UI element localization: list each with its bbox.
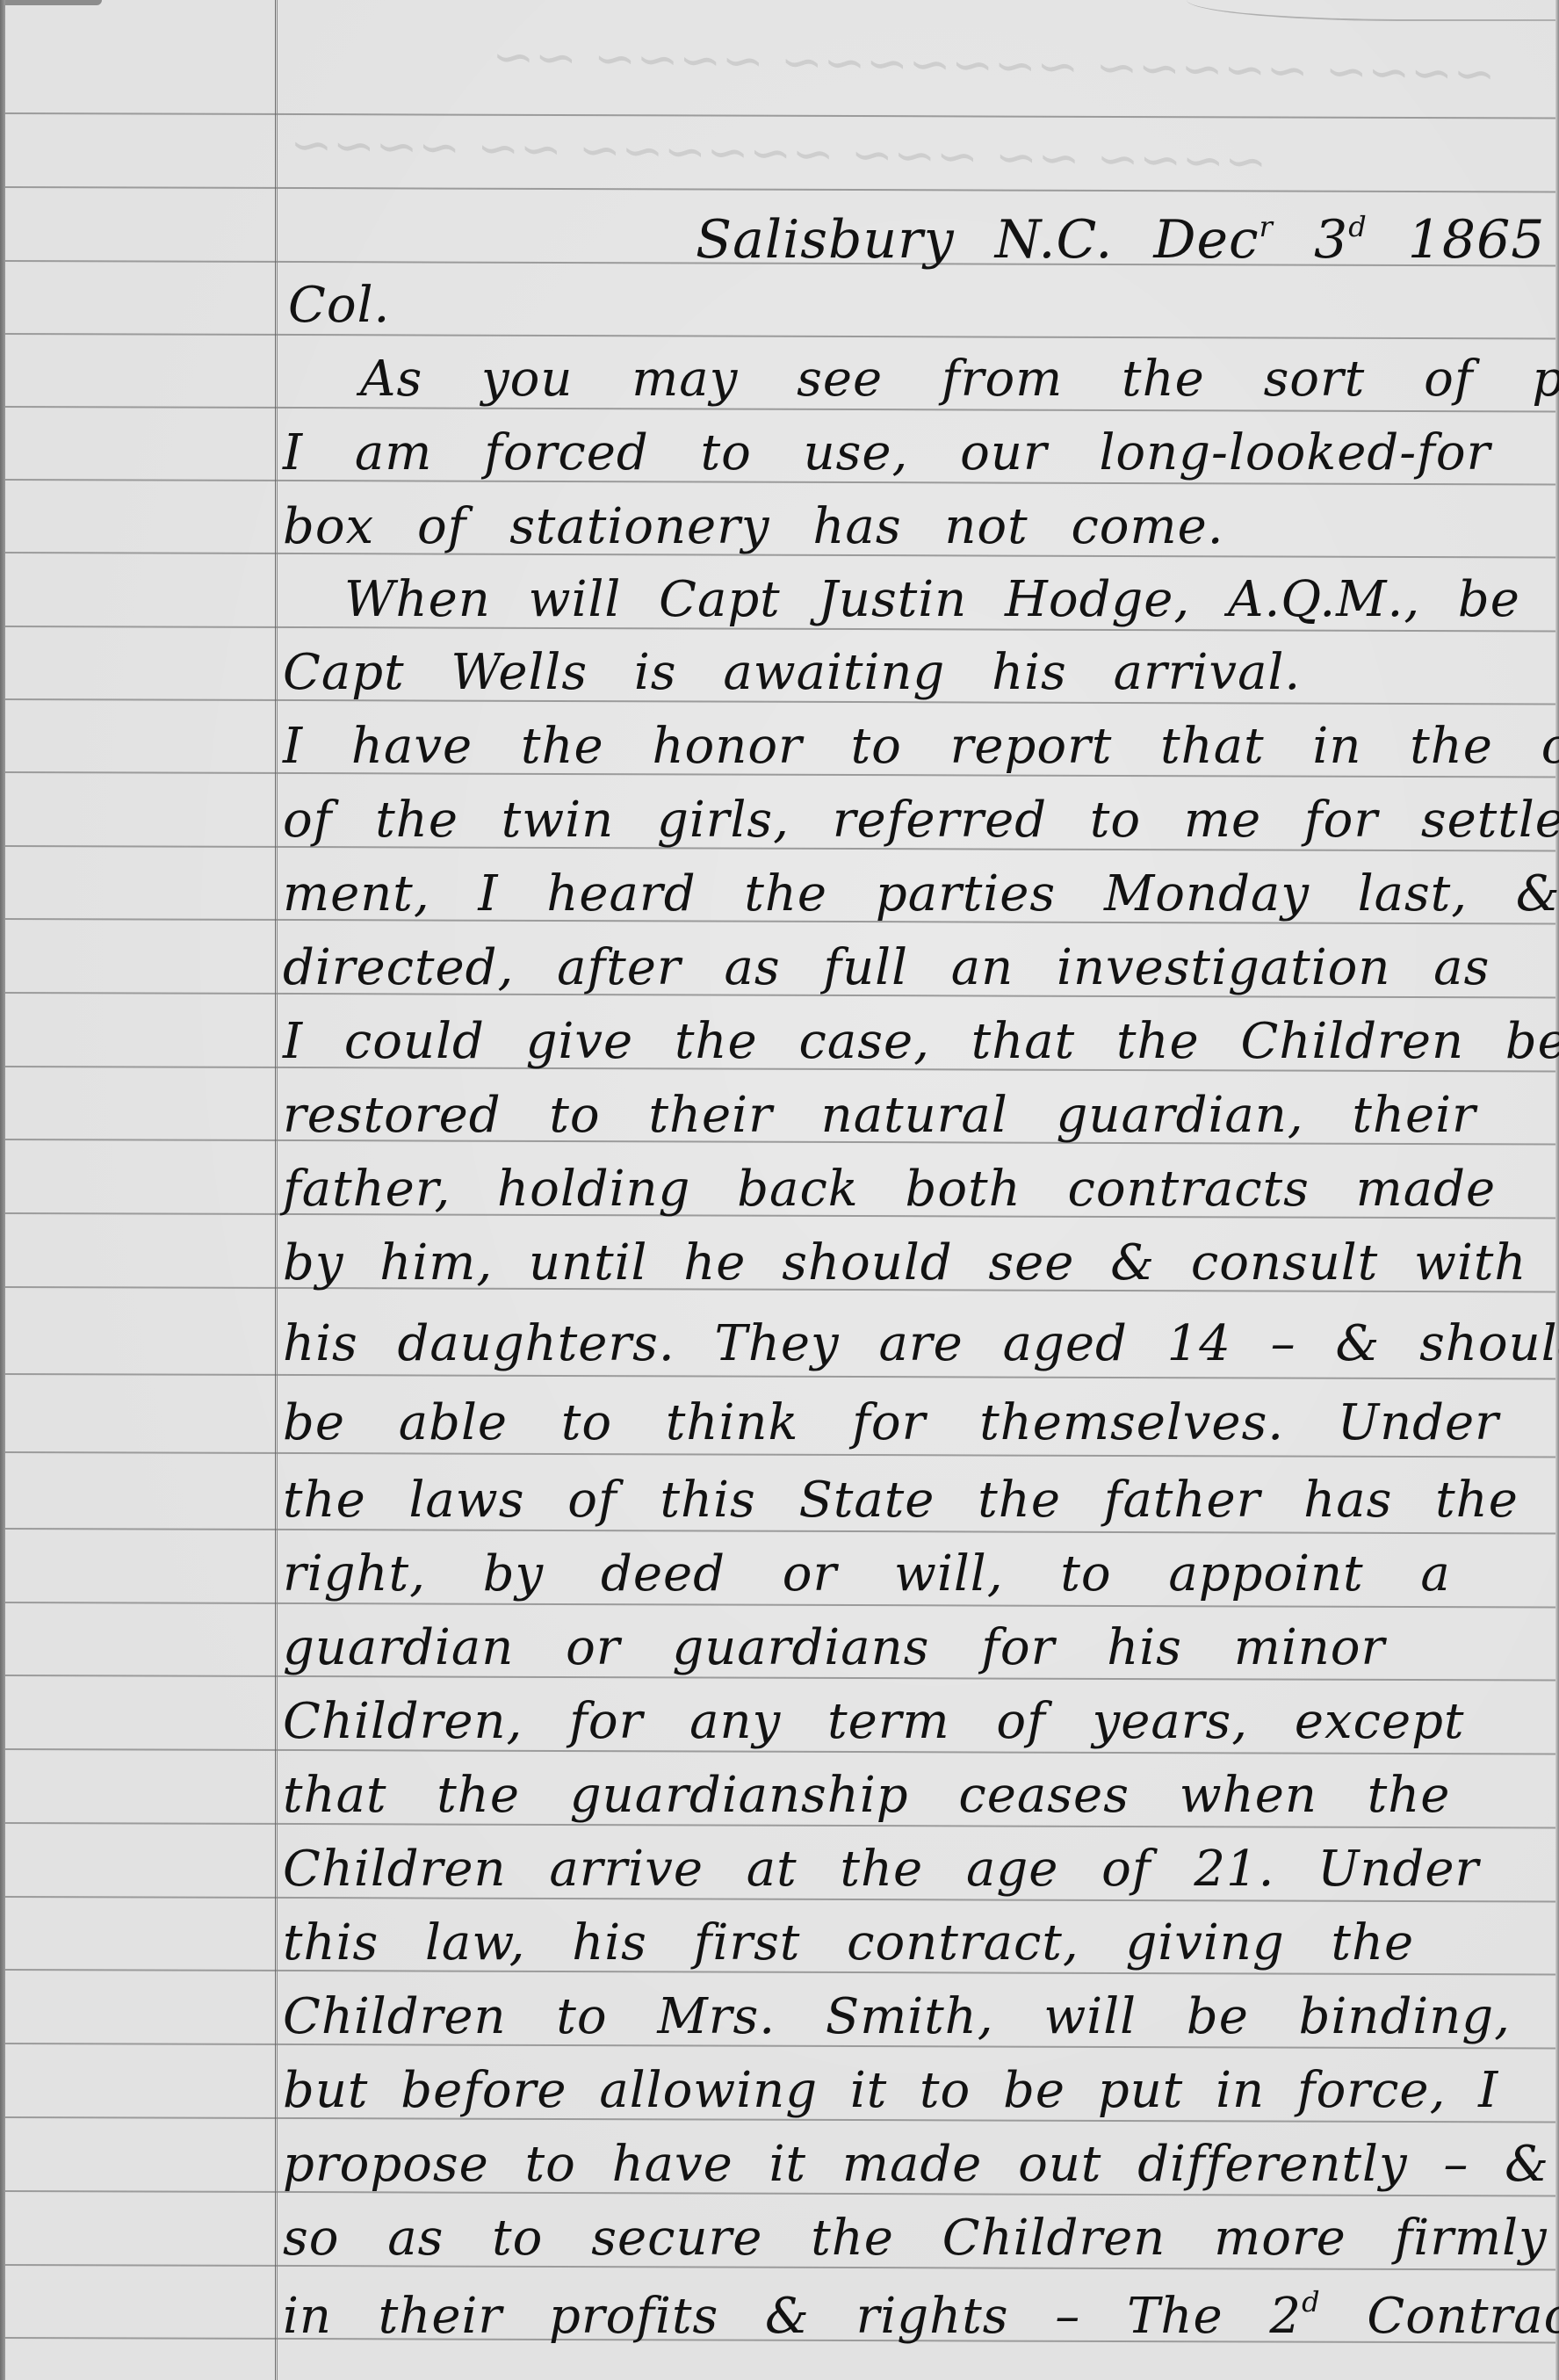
margin-rule [275,0,278,2380]
letter-line: so as to secure the Children more firmly [283,2214,1548,2263]
letter-page: ~~~~ ~~~~~ ~~~~~~~ ~~~~ ~~ ~~~~ ~~ ~~~ ~… [0,0,1559,2380]
page-top-edge-tear [1187,0,1555,21]
letter-dateline: Salisbury N.C. Decr 3d 1865 [696,213,1545,266]
dateline-place: Salisbury N.C. [696,209,1113,271]
letter-line: I am forced to use, our long-looked-for [283,429,1490,478]
letter-line: restored to their natural guardian, thei… [283,1091,1476,1140]
letter-line: guardian or guardians for his minor [283,1624,1385,1673]
letter-line: I could give the case, that the Children… [283,1017,1559,1067]
letter-line: Children to Mrs. Smith, will be binding, [283,1993,1511,2042]
letter-line: his daughters. They are aged 14 – & shou… [283,1320,1559,1369]
letter-line: Capt Wells is awaiting his arrival. [283,648,1301,698]
bleed-through-text: ~~~~ ~~~~~ ~~~~~~~ ~~~~ ~~ [491,26,1496,104]
letter-line: I have the honor to report that in the c… [283,722,1559,771]
ruled-line [5,186,1555,193]
ruled-line [5,1373,1555,1380]
letter-line: When will Capt Justin Hodge, A.Q.M., be … [344,575,1559,625]
letter-line: that the guardianship ceases when the [283,1771,1450,1820]
letter-line: Children arrive at the age of 21. Under [283,1845,1479,1894]
ruled-line [5,112,1555,119]
page-corner-tear [5,0,102,5]
dateline-day: 3d [1314,209,1368,271]
ruled-line [5,1602,1555,1609]
letter-line: by him, until he should see & consult wi… [283,1239,1527,1288]
letter-line: right, by deed or will, to appoint a [283,1550,1451,1599]
dateline-month: Decr [1153,209,1274,271]
letter-line: Children, for any term of years, except [283,1697,1464,1747]
letter-line: As you may see from the sort of paper [360,355,1559,404]
bleed-through-text: ~~~~ ~~ ~~~ ~~~~~~ ~~ ~~~~ [289,114,1267,191]
letter-line: directed, after as full an investigation… [283,944,1490,993]
letter-line: the laws of this State the father has th… [283,1476,1519,1525]
letter-salutation: Col. [288,281,390,330]
dateline-year: 1865 [1408,209,1546,271]
ruled-line [5,1451,1555,1458]
ruled-line [5,333,1555,340]
letter-line: of the twin girls, referred to me for se… [283,796,1559,845]
letter-line: box of stationery has not come. [283,503,1224,552]
letter-line: father, holding back both contracts made [283,1165,1496,1214]
letter-line-final: in their profits & rights – The 2d Contr… [283,2288,1559,2341]
letter-line: propose to have it made out differently … [283,2140,1549,2189]
letter-line: this law, his first contract, giving the [283,1919,1414,1968]
letter-line: be able to think for themselves. Under [283,1399,1499,1448]
page-left-edge [0,0,5,2380]
ruled-line [5,1528,1555,1535]
letter-line: but before allowing it to be put in forc… [283,2066,1498,2116]
letter-line: ment, I heard the parties Monday last, & [283,870,1559,919]
